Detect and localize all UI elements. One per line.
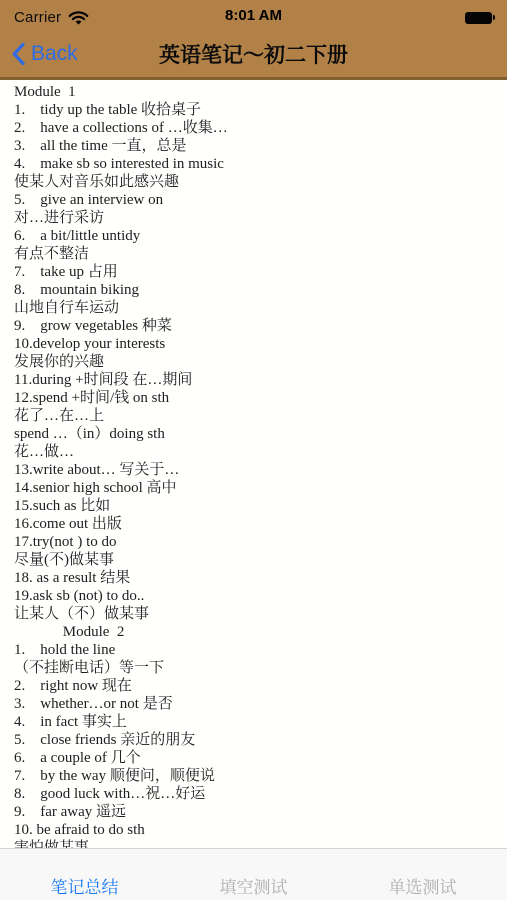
note-line: 9. grow vegetables 种菜 bbox=[14, 317, 507, 335]
note-line: 10.develop your interests bbox=[14, 335, 507, 353]
note-line: 16.come out 出版 bbox=[14, 515, 507, 533]
note-line: （不挂断电话）等一下 bbox=[14, 659, 507, 677]
note-line: Module 1 bbox=[14, 83, 507, 101]
wifi-icon bbox=[68, 10, 89, 26]
note-line: 17.try(not ) to do bbox=[14, 533, 507, 551]
note-line: 2. have a collections of …收集… bbox=[14, 119, 507, 137]
note-line: 10. be afraid to do sth bbox=[14, 821, 507, 839]
note-line: 花了…在…上 bbox=[14, 407, 507, 425]
tab-fill-blank-test[interactable]: 填空测试 bbox=[169, 849, 338, 900]
note-line: 3. all the time 一直，总是 bbox=[14, 137, 507, 155]
note-line: 15.such as 比如 bbox=[14, 497, 507, 515]
note-line: 11.during +时间段 在…期间 bbox=[14, 371, 507, 389]
note-line: 12.spend +时间/钱 on sth bbox=[14, 389, 507, 407]
note-line: 1. tidy up the table 收拾桌子 bbox=[14, 101, 507, 119]
note-line: 使某人对音乐如此感兴趣 bbox=[14, 173, 507, 191]
battery-icon bbox=[465, 12, 495, 24]
note-line: 9. far away 遥远 bbox=[14, 803, 507, 821]
tab-multiple-choice-test[interactable]: 单选测试 bbox=[338, 849, 507, 900]
tab-bar: 笔记总结填空测试单选测试 bbox=[0, 848, 507, 900]
header: Carrier 8:01 AM Back bbox=[0, 0, 507, 80]
note-line: 19.ask sb (not) to do.. bbox=[14, 587, 507, 605]
note-line: Module 2 bbox=[14, 623, 507, 641]
nav-bar: Back 英语笔记～初二下册 bbox=[0, 30, 507, 77]
note-line: 4. make sb so interested in music bbox=[14, 155, 507, 173]
tab-notes-summary[interactable]: 笔记总结 bbox=[0, 849, 169, 900]
notes-list[interactable]: Module 11. tidy up the table 收拾桌子2. have… bbox=[0, 80, 507, 900]
note-line: 尽量(不)做某事 bbox=[14, 551, 507, 569]
note-line: 4. in fact 事实上 bbox=[14, 713, 507, 731]
note-line: 18. as a result 结果 bbox=[14, 569, 507, 587]
note-line: 有点不整洁 bbox=[14, 245, 507, 263]
note-line: 6. a couple of 几个 bbox=[14, 749, 507, 767]
note-line: 7. by the way 顺便问，顺便说 bbox=[14, 767, 507, 785]
note-line: 5. close friends 亲近的朋友 bbox=[14, 731, 507, 749]
note-line: 7. take up 占用 bbox=[14, 263, 507, 281]
note-line: 8. mountain biking bbox=[14, 281, 507, 299]
note-line: spend …（in）doing sth bbox=[14, 425, 507, 443]
note-line: 8. good luck with…祝…好运 bbox=[14, 785, 507, 803]
note-line: 1. hold the line bbox=[14, 641, 507, 659]
note-line: 发展你的兴趣 bbox=[14, 353, 507, 371]
note-line: 对…进行采访 bbox=[14, 209, 507, 227]
app-screen: Carrier 8:01 AM Back bbox=[0, 0, 507, 900]
note-line: 花…做… bbox=[14, 443, 507, 461]
note-line: 山地自行车运动 bbox=[14, 299, 507, 317]
chevron-left-icon bbox=[12, 43, 25, 65]
status-bar: Carrier 8:01 AM bbox=[0, 0, 507, 30]
note-line: 让某人（不）做某事 bbox=[14, 605, 507, 623]
note-line: 14.senior high school 高中 bbox=[14, 479, 507, 497]
carrier-label: Carrier bbox=[14, 9, 61, 26]
back-button-label: Back bbox=[31, 42, 78, 66]
note-line: 2. right now 现在 bbox=[14, 677, 507, 695]
note-line: 5. give an interview on bbox=[14, 191, 507, 209]
note-line: 13.write about… 写关于… bbox=[14, 461, 507, 479]
note-line: 6. a bit/little untidy bbox=[14, 227, 507, 245]
back-button[interactable]: Back bbox=[12, 42, 78, 66]
note-line: 3. whether…or not 是否 bbox=[14, 695, 507, 713]
